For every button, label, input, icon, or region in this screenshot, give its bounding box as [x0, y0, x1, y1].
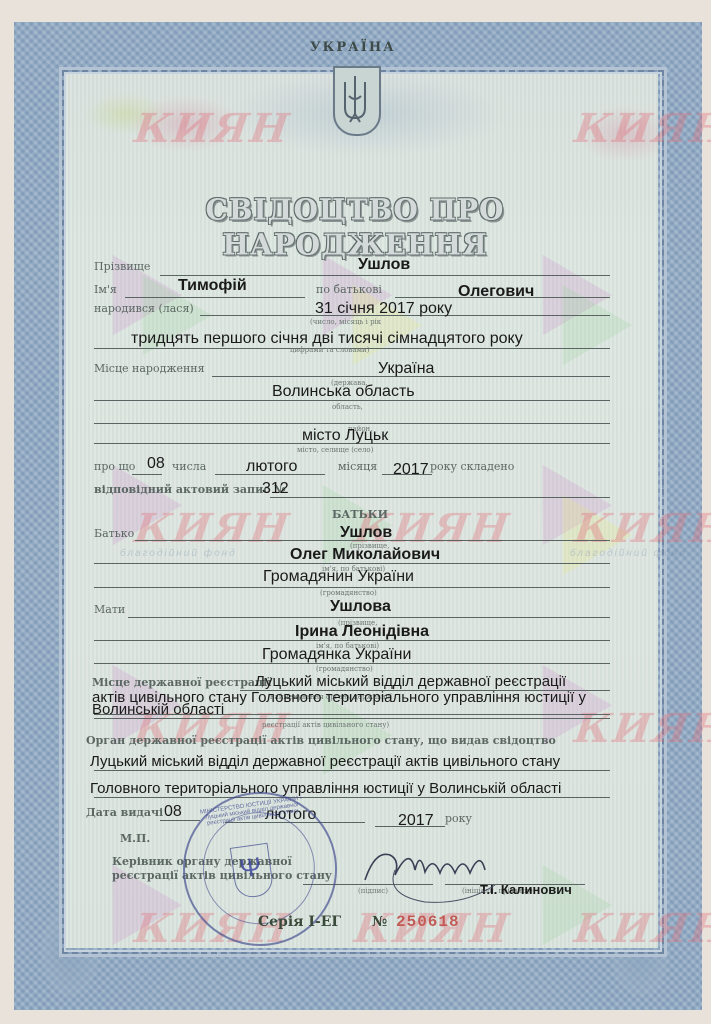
birthplace-region: Волинська область: [272, 383, 415, 401]
father-surname: Ушлов: [340, 524, 392, 542]
city-hint: місто, селище (село): [297, 446, 373, 454]
registration-place-line1: Луцький міський відділ державної реєстра…: [255, 673, 566, 690]
birth-words-hint: цифрами та словами): [290, 346, 369, 354]
seal-label: М.П.: [120, 832, 150, 845]
act-record-number: 312: [262, 480, 289, 498]
mother-citizenship: Громадянка України: [262, 646, 411, 664]
watermark-text: КИЯН: [132, 105, 294, 152]
number-sign: №: [372, 914, 387, 930]
field-line: [94, 770, 610, 771]
record-year-label: року складено: [430, 460, 514, 473]
field-line: [94, 587, 610, 588]
birthplace-city: місто Луцьк: [302, 427, 388, 445]
child-name: Тимофій: [178, 277, 247, 295]
parents-heading: БАТЬКИ: [332, 508, 388, 521]
issue-year-label: року: [445, 812, 472, 825]
country-heading: УКРАЇНА: [310, 40, 396, 55]
watermark-text: КИЯН: [132, 505, 294, 552]
birthplace-country: Україна: [378, 360, 434, 378]
citizenship-hint: (громадянство): [316, 665, 373, 673]
issue-date-label: Дата видачі: [86, 806, 163, 819]
record-month-label: місяця: [338, 460, 377, 473]
born-label: народився (лася): [94, 302, 194, 315]
registration-place-line3: Волинській області: [92, 701, 224, 718]
mother-surname: Ушлова: [330, 598, 391, 616]
issue-year: 2017: [398, 812, 434, 830]
registration-place-label: Місце державної реєстрації: [92, 676, 272, 689]
issue-day: 08: [164, 803, 182, 821]
watermark-text: КИЯН: [572, 105, 711, 152]
record-year: 2017: [393, 461, 429, 479]
birth-date-digits: 31 січня 2017 року: [315, 300, 452, 318]
record-month: лютого: [246, 458, 297, 476]
mother-name: Ірина Леонідівна: [295, 623, 429, 641]
issuer-line1: Луцький міський відділ державної реєстра…: [90, 753, 560, 770]
signature-icon: [355, 840, 515, 910]
father-label: Батько: [94, 527, 134, 540]
serial-number: 250618: [396, 913, 460, 931]
field-line: [132, 474, 162, 475]
mother-label: Мати: [94, 603, 125, 616]
patronymic-label: по батькові: [316, 283, 382, 296]
record-prefix: про що: [94, 460, 135, 473]
birthplace-label: Місце народження: [94, 362, 205, 375]
surname-label: Прізвище: [94, 260, 150, 273]
child-patronymic: Олегович: [458, 283, 534, 301]
issuer-label: Орган державної реєстрації актів цивільн…: [86, 734, 556, 747]
issuer-line2: Головного територіального управління юст…: [90, 780, 561, 797]
field-line: [160, 275, 610, 276]
citizenship-hint: (громадянство): [320, 589, 377, 597]
name-label: Ім'я: [94, 283, 117, 296]
record-day-label: числа: [172, 460, 206, 473]
region-hint: область,: [332, 403, 363, 411]
document-title: СВІДОЦТВО ПРО НАРОДЖЕННЯ: [120, 192, 590, 261]
watermark-text: КИЯН: [572, 705, 711, 752]
watermark-subtext: благодійний фонд: [570, 548, 687, 559]
father-citizenship: Громадянин України: [263, 568, 414, 586]
field-line: [128, 617, 610, 618]
field-line: [94, 423, 610, 424]
act-record-label: відповідний актовий запис №: [94, 483, 286, 496]
coat-of-arms-icon: [333, 66, 381, 136]
field-line: [125, 297, 305, 298]
watermark-text: КИЯН: [572, 905, 711, 952]
watermark-text: КИЯН: [572, 505, 711, 552]
birth-date-hint: (число, місяць і рік: [310, 318, 381, 326]
record-day: 08: [147, 455, 165, 473]
child-surname: Ушлов: [358, 256, 410, 274]
field-line: [94, 718, 610, 719]
field-line: [270, 497, 610, 498]
registration-place-hint2: реєстрації актів цивільного стану): [262, 721, 389, 729]
field-line: [94, 797, 610, 798]
watermark-subtext: благодійний фонд: [120, 548, 237, 559]
father-name: Олег Миколайович: [290, 546, 440, 564]
series-label: Серія І-ЕГ: [258, 914, 341, 930]
